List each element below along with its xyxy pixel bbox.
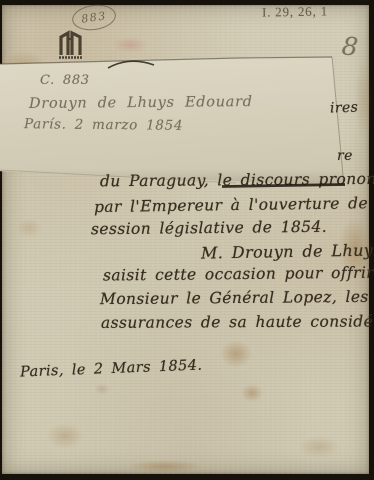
archive-reference: I. 29, 26, 1 <box>262 3 328 20</box>
scanned-letter-page: 883 I. 29, 26, 1 8 C. 883 Drouyn de Lhuy… <box>0 0 374 480</box>
letter-line: M. Drouyn de Lhuys <box>201 240 374 262</box>
page-number: 8 <box>341 31 360 62</box>
letter-line: par l'Empereur à l'ouverture de la <box>94 194 374 216</box>
letter-line: Monsieur le Général Lopez, les <box>100 288 369 308</box>
slip-code: C. 883 <box>40 73 90 88</box>
archive-monogram-stamp-icon <box>56 30 90 64</box>
letter-line: du Paraguay, le discours prononcé <box>100 170 374 191</box>
slip-name-line: Drouyn de Lhuys Edouard <box>29 94 253 112</box>
slip-place-date-line: París. 2 marzo 1854 <box>24 116 183 134</box>
letter-line-fragment: ires <box>330 100 359 117</box>
letter-line: assurances de sa haute considération. <box>101 312 374 332</box>
oval-stamp-number: 883 <box>80 9 107 25</box>
letter-line: session législative de 1854. <box>91 218 327 238</box>
catalog-slip: C. 883 Drouyn de Lhuys Edouard París. 2 … <box>0 54 348 189</box>
letter-line: saisit cette occasion pour offrir à <box>103 263 374 284</box>
letter-line-fragment: re <box>337 148 353 164</box>
